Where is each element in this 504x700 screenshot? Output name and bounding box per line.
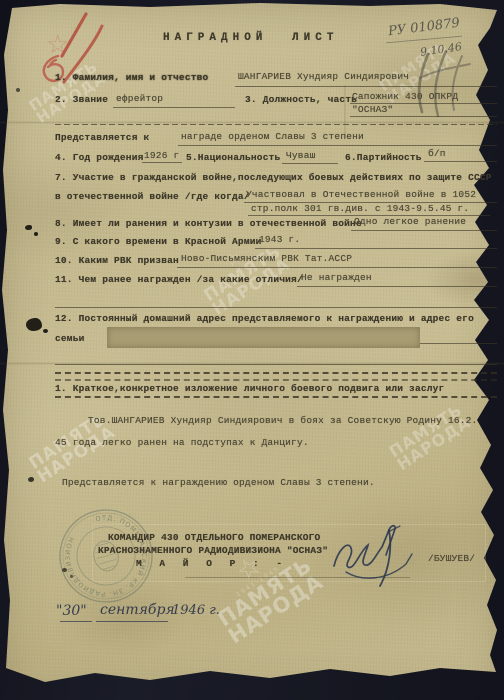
date-day: "30" (56, 603, 87, 619)
form-line (282, 163, 338, 164)
field3-value: Сапожник 430 ОПКРД (352, 91, 458, 102)
commander-line: КОМАНДИР 430 ОТДЕЛЬНОГО ПОМЕРАНСКОГО (108, 532, 320, 543)
field11-value: Не награжден (301, 272, 372, 283)
field4-value: 1926 г (144, 150, 179, 161)
field5-label: 5.Национальность (186, 152, 280, 163)
section-separator (55, 372, 497, 381)
field1-label: 1. Фамилия, имя и отчество (55, 72, 208, 83)
commander-signature (326, 520, 418, 592)
document-title: НАГРАДНОЙ ЛИСТ (163, 33, 338, 44)
paper-speck (16, 88, 20, 92)
red-star-stamp-icon: ☆ (46, 30, 69, 60)
field5-value: Чуваш (286, 150, 316, 161)
field10-label: 10. Каким РВК призван (55, 255, 179, 266)
present-value: награде орденом Славы 3 степени (181, 131, 364, 142)
commander-line: КРАСНОЗНАМЕННОГО РАДИОДИВИЗИОНА "ОСНАЗ" (98, 545, 328, 556)
paper-speck (70, 575, 73, 578)
ink-splotch (43, 329, 48, 333)
section-separator (55, 396, 497, 398)
field9-label: 9. С какого времени в Красной Армии (55, 236, 262, 247)
commander-rank: М А Й О Р : - (136, 558, 288, 569)
paper-speck (62, 568, 67, 572)
field12-label: 12. Постоянный домашний адрес представля… (55, 313, 474, 324)
field9-value: 1943 г. (259, 234, 300, 245)
citation-conclusion: Представляется к награждению орденом Сла… (62, 477, 375, 488)
scanned-award-sheet: ПАМЯТЬНАРОДА ПАМЯТЬНАРОДА ☆ ПАМЯТЬНАРОДА… (0, 0, 504, 700)
signer-name: /БУШУЕВ/ (428, 553, 475, 564)
form-line (350, 116, 497, 117)
field7-value: Участвовал в Отечественной войне в 1052 (246, 189, 476, 200)
citation-section-title: 1. Краткое,конкретное изложение личного … (55, 383, 444, 394)
present-label: Представляется к (55, 132, 149, 143)
form-line (235, 86, 497, 87)
field3-value-2: "ОСНАЗ" (352, 104, 393, 115)
field12-label-2: семьи (55, 333, 85, 344)
form-line (297, 286, 497, 287)
date-underline (96, 621, 168, 622)
form-line (255, 248, 497, 249)
form-line (55, 364, 497, 365)
field10-value: Ново-Письмянским РВК Тат.АССР (181, 253, 352, 264)
citation-line: Тов.ШАНГАРИЕВ Хундияр Синдиярович в боях… (88, 415, 477, 426)
form-line (55, 124, 497, 125)
date-underline (60, 621, 92, 622)
paper-hole (25, 225, 32, 230)
form-line (113, 107, 235, 108)
field6-value: б/п (428, 148, 446, 159)
date-year: 1946 г. (172, 603, 220, 618)
form-line (424, 161, 497, 162)
date-month: сентября (100, 602, 175, 618)
redaction-block (107, 327, 420, 348)
field3-label: 3. Должность, часть (245, 94, 357, 105)
form-line (142, 162, 182, 163)
paper-crease (344, 85, 346, 137)
field6-label: 6.Партийность (345, 152, 422, 163)
field7-value-2: стр.полк 301 гв.див. с 1943-9.5.45 г. (251, 203, 469, 214)
field8-value: Одно легкое ранение (354, 216, 466, 227)
form-line (55, 307, 497, 308)
field2-label: 2. Звание (55, 94, 108, 105)
field7-label-2: в отечественной войне /где когда/ (55, 191, 250, 202)
citation-line: 45 года легко ранен на подступах к Данци… (55, 437, 309, 448)
field7-label: 7. Участие в гражданской войне,последующ… (55, 172, 492, 183)
red-pencil-marks (22, 4, 122, 104)
form-line (420, 343, 497, 344)
field8-label: 8. Имеет ли ранения и контузии в отечест… (55, 218, 362, 229)
field11-label: 11. Чем ранее награжден /за какие отличи… (55, 274, 303, 285)
form-line (351, 230, 497, 231)
field1-value: ШАНГАРИЕВ Хундияр Синдиярович (238, 71, 409, 82)
form-line (178, 145, 497, 146)
field2-value: ефрейтор (116, 93, 163, 104)
field4-label: 4. Год рождения (55, 152, 144, 163)
paper-hole (28, 477, 34, 482)
paper-hole (34, 232, 38, 236)
form-line (177, 267, 497, 268)
ink-splotch (26, 318, 42, 331)
